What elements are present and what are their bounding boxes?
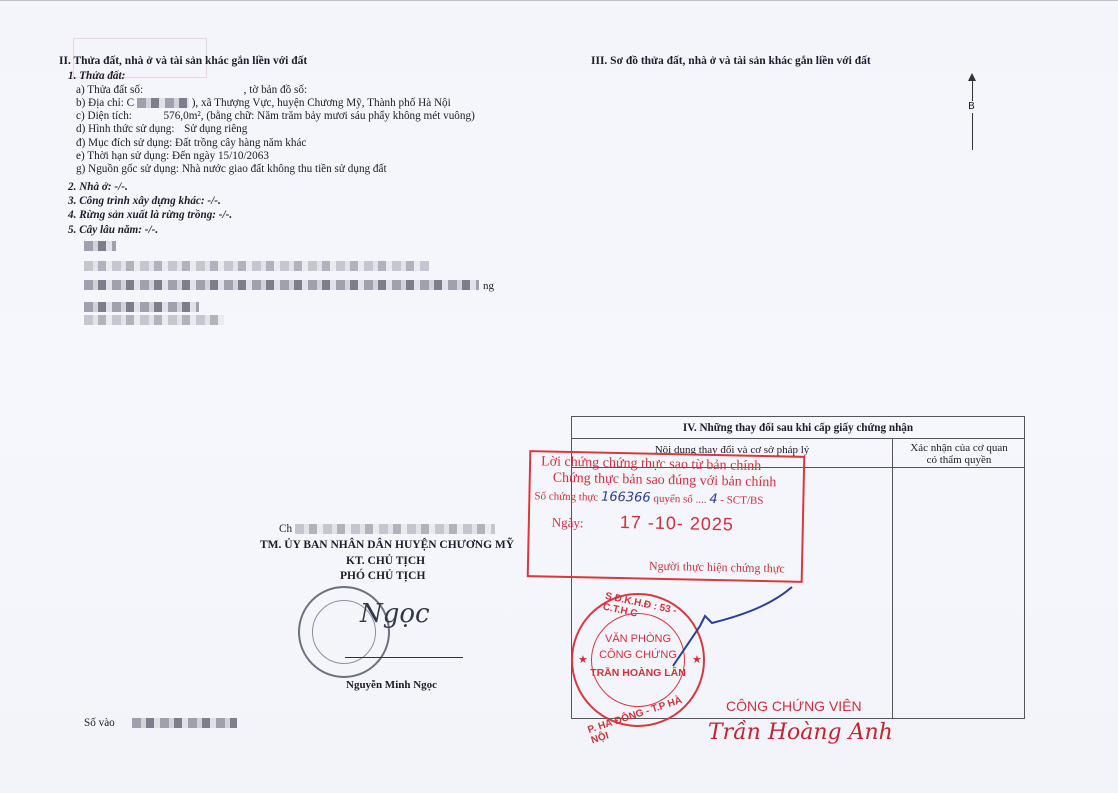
blue-signature-stroke: [0, 1, 1118, 793]
notary-signature: Trần Hoàng Anh: [708, 720, 893, 745]
notary-title: CÔNG CHỨNG VIÊN: [726, 698, 862, 714]
land-certificate-page: II. Thửa đất, nhà ở và tài sản khác gắn …: [0, 0, 1118, 793]
